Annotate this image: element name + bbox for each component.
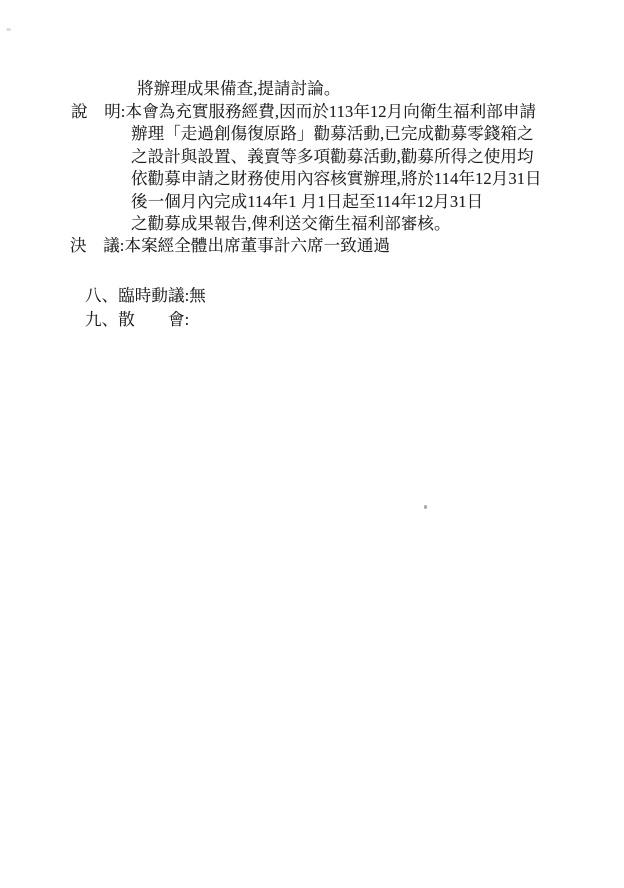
doc-line-agenda-item-9: 九、散 會: [85, 312, 189, 329]
doc-line-explanation-3: 之設計與設置、義賣等多項勸募活動,勸募所得之使用均 [131, 149, 534, 166]
scan-artifact-speck [424, 505, 427, 509]
scan-artifact-speck [6, 28, 11, 31]
scanned-document-page: 將辦理成果備查,提請討論。 說 明:本會為充實服務經費,因而於113年12月向衛… [0, 0, 624, 888]
doc-line-explanation-6: 之勸募成果報告,俾利送交衛生福利部審核。 [131, 216, 451, 233]
doc-line-explanation-4: 依勸募申請之財務使用內容核實辦理,將於114年12月31日 [131, 171, 542, 188]
doc-line-explanation-start: 說 明:本會為充實服務經費,因而於113年12月向衛生福利部申請 [71, 104, 536, 121]
doc-line-agenda-item-8: 八、臨時動議:無 [85, 288, 206, 305]
doc-line-proposal-followup: 將辦理成果備查,提請討論。 [137, 81, 340, 98]
doc-line-explanation-5: 後一個月內完成114年1 月1日起至114年12月31日 [131, 194, 483, 211]
doc-line-resolution: 決 議:本案經全體出席董事計六席一致通過 [70, 238, 390, 255]
doc-line-explanation-2: 辦理「走過創傷復原路」勸募活動,已完成勸募零錢箱之 [131, 126, 534, 143]
